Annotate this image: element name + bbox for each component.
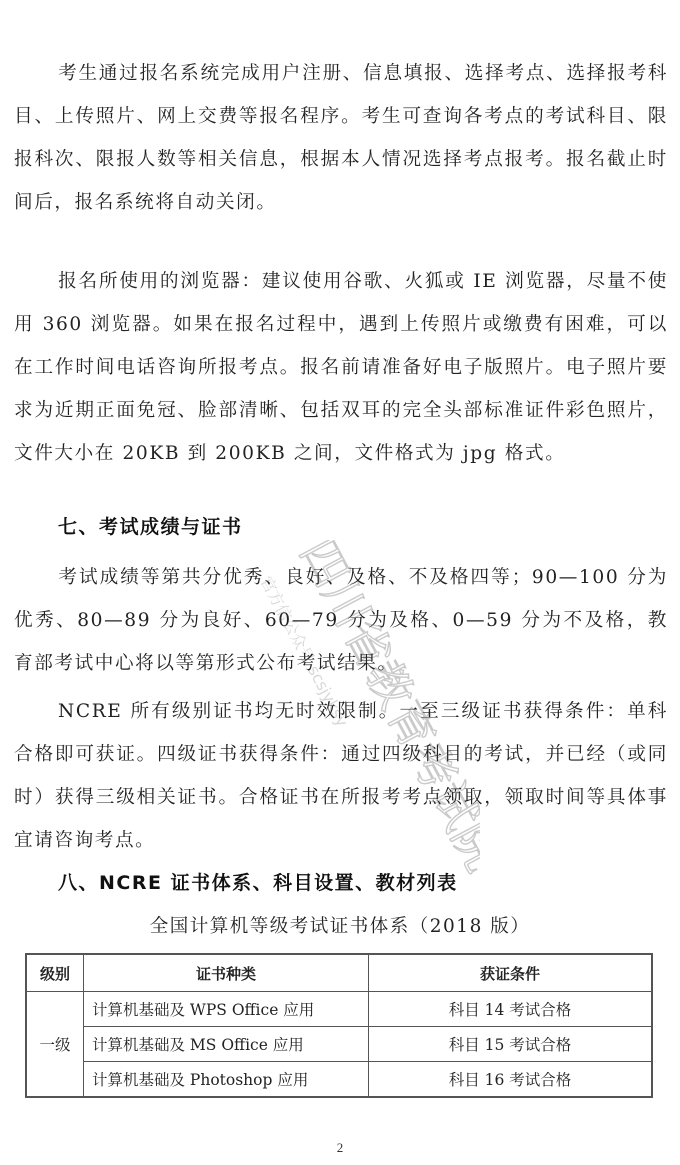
table-header-row: 级别 证书种类 获证条件	[26, 954, 652, 992]
section-heading-8: 八、NCRE 证书体系、科目设置、教材列表	[58, 868, 458, 895]
table-row: 计算机基础及 Photoshop 应用 科目 16 考试合格	[26, 1062, 652, 1098]
header-condition: 获证条件	[369, 954, 653, 992]
paragraph-text: 考试成绩等第共分优秀、良好、及格、不及格四等；90—100 分为优秀、80—89…	[14, 567, 668, 674]
table-row: 一级 计算机基础及 WPS Office 应用 科目 14 考试合格	[26, 992, 652, 1027]
paragraph-browser: 报名所使用的浏览器：建议使用谷歌、火狐或 IE 浏览器，尽量不使用 360 浏览…	[14, 260, 668, 475]
certificate-table: 级别 证书种类 获证条件 一级 计算机基础及 WPS Office 应用 科目 …	[25, 953, 653, 1098]
table-row: 计算机基础及 MS Office 应用 科目 15 考试合格	[26, 1027, 652, 1062]
paragraph-text: 报名所使用的浏览器：建议使用谷歌、火狐或 IE 浏览器，尽量不使用 360 浏览…	[14, 271, 668, 464]
paragraph-certificates: NCRE 所有级别证书均无时效限制。一至三级证书获得条件：单科合格即可获证。四级…	[14, 690, 668, 862]
paragraph-text: 考生通过报名系统完成用户注册、信息填报、选择考点、选择报考科目、上传照片、网上交…	[14, 63, 668, 213]
paragraph-text: NCRE 所有级别证书均无时效限制。一至三级证书获得条件：单科合格即可获证。四级…	[14, 701, 668, 851]
paragraph-scores: 考试成绩等第共分优秀、良好、及格、不及格四等；90—100 分为优秀、80—89…	[14, 556, 668, 685]
cert-type-cell: 计算机基础及 MS Office 应用	[84, 1027, 369, 1062]
header-level: 级别	[26, 954, 84, 992]
cert-type-cell: 计算机基础及 WPS Office 应用	[84, 992, 369, 1027]
condition-cell: 科目 16 考试合格	[369, 1062, 653, 1098]
header-cert-type: 证书种类	[84, 954, 369, 992]
condition-cell: 科目 15 考试合格	[369, 1027, 653, 1062]
page-number: 2	[0, 1140, 680, 1156]
condition-cell: 科目 14 考试合格	[369, 992, 653, 1027]
section-heading-7: 七、考试成绩与证书	[58, 512, 243, 539]
paragraph-registration: 考生通过报名系统完成用户注册、信息填报、选择考点、选择报考科目、上传照片、网上交…	[14, 52, 668, 224]
table-caption: 全国计算机等级考试证书体系（2018 版）	[0, 912, 680, 938]
document-page: 考生通过报名系统完成用户注册、信息填报、选择考点、选择报考科目、上传照片、网上交…	[0, 0, 680, 1165]
level-cell: 一级	[26, 992, 84, 1098]
cert-type-cell: 计算机基础及 Photoshop 应用	[84, 1062, 369, 1098]
